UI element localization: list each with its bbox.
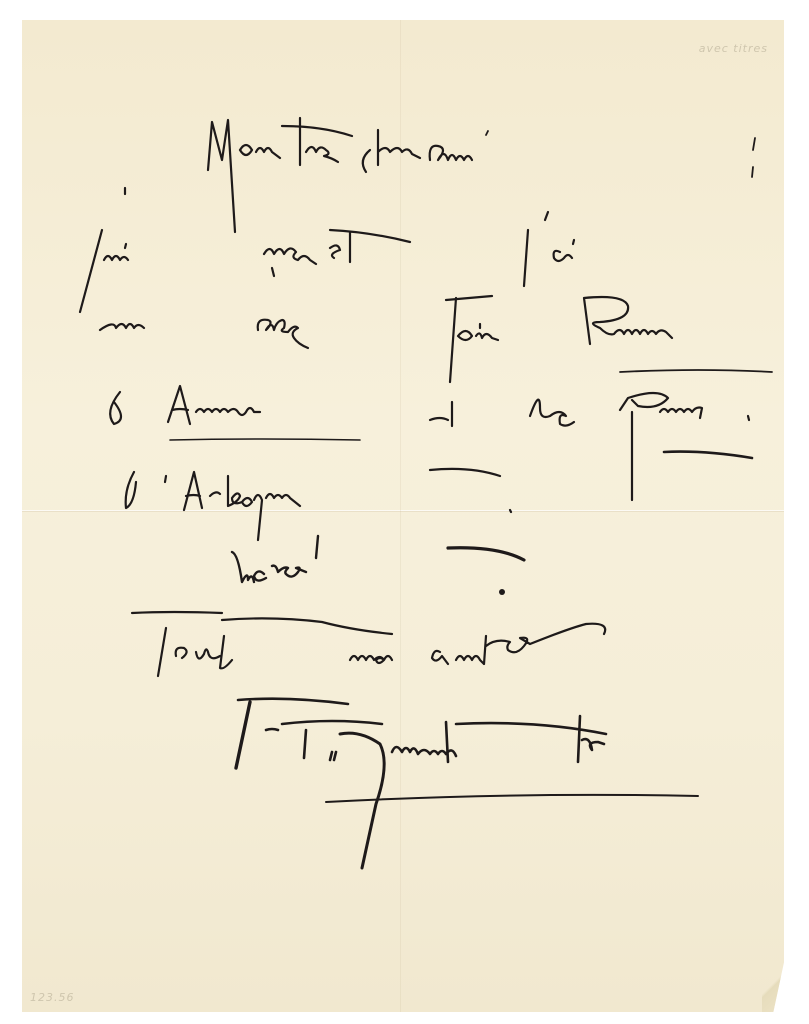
line-4 — [110, 386, 752, 500]
signature — [236, 699, 698, 868]
line-1-salutation — [208, 118, 755, 232]
line-2 — [80, 188, 574, 312]
line-7 — [132, 612, 605, 676]
handwriting-ink — [0, 0, 809, 1024]
line-5 — [126, 469, 511, 540]
line-3 — [100, 296, 772, 382]
line-6 — [232, 536, 524, 595]
